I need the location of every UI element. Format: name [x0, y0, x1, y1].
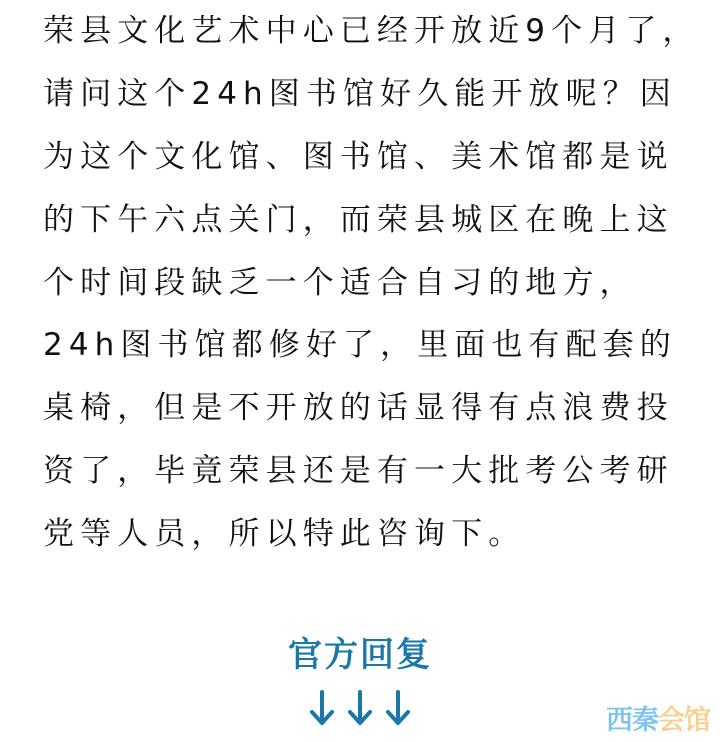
- text-line: 的下午六点关门，而荣县城区在晚上这: [43, 195, 683, 258]
- down-arrow-icon: [345, 688, 375, 728]
- text-line: 24h图书馆都修好了，里面也有配套的: [43, 320, 683, 383]
- watermark-part-blue: 西秦: [606, 705, 658, 736]
- watermark-part-orange: 会馆: [658, 705, 710, 736]
- question-text: 荣县文化艺术中心已经开放近9个月了， 请问这个24h图书馆好久能开放呢？因 为这…: [43, 6, 683, 572]
- text-line: 桌椅，但是不开放的话显得有点浪费投: [43, 383, 683, 446]
- text-line: 请问这个24h图书馆好久能开放呢？因: [43, 69, 683, 132]
- down-arrow-icon: [307, 688, 337, 728]
- text-line: 个时间段缺乏一个适合自习的地方，: [43, 258, 683, 321]
- text-line: 荣县文化艺术中心已经开放近9个月了，: [43, 6, 683, 69]
- down-arrow-icon: [383, 688, 413, 728]
- official-reply-heading: 官方回复: [0, 630, 720, 680]
- text-line: 资了，毕竟荣县还是有一大批考公考研: [43, 446, 683, 509]
- text-line: 党等人员，所以特此咨询下。: [43, 509, 683, 572]
- text-line: 为这个文化馆、图书馆、美术馆都是说: [43, 132, 683, 195]
- watermark-logo: 西秦会馆: [606, 706, 710, 736]
